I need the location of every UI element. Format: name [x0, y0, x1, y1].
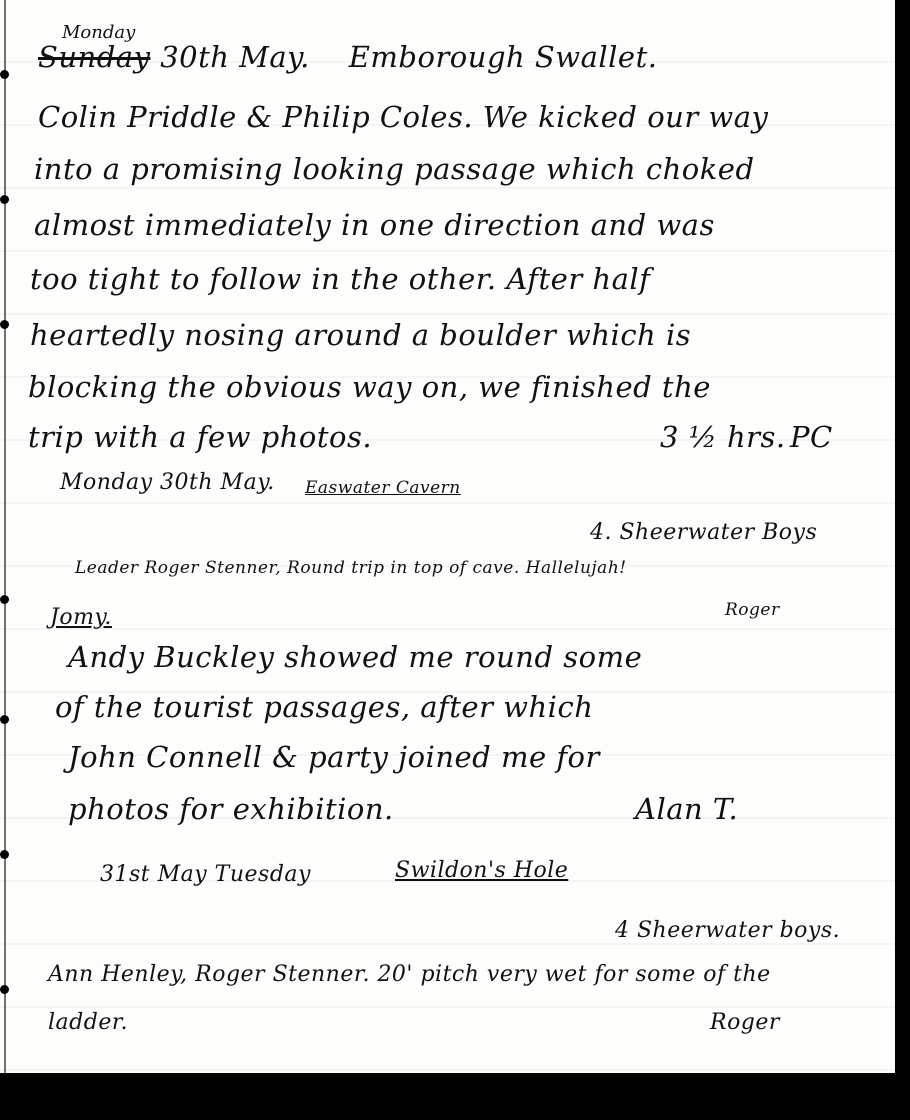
punch-mark: [0, 850, 9, 859]
scan-border-right: [895, 0, 910, 1120]
party: 4 Sheerwater boys.: [615, 918, 840, 943]
left-margin-line: [4, 0, 6, 1073]
punch-mark: [0, 320, 9, 329]
signature: Roger: [725, 600, 780, 620]
scan-border-bottom: [0, 1073, 910, 1120]
cave-name: Swildon's Hole: [395, 858, 568, 883]
entry-text-line: almost immediately in one direction and …: [34, 208, 715, 242]
punch-mark: [0, 985, 9, 994]
entry-text-line: into a promising looking passage which c…: [34, 152, 755, 186]
logbook-page: Monday Sunday 30th May. Emborough Swalle…: [0, 0, 895, 1073]
entry-text-line: Colin Priddle & Philip Coles. We kicked …: [38, 100, 768, 134]
entry-text-line: photos for exhibition.: [68, 792, 394, 826]
entry-text-line: too tight to follow in the other. After …: [30, 262, 650, 296]
entry-text-line: of the tourist passages, after which: [55, 690, 593, 724]
entry-text-line: Jomy.: [50, 605, 112, 630]
cave-name: Emborough Swallet.: [349, 40, 658, 74]
party: 4. Sheerwater Boys: [590, 520, 817, 545]
entry-date: 31st May Tuesday: [100, 862, 311, 887]
entry-text-line: Andy Buckley showed me round some: [68, 640, 642, 674]
punch-mark: [0, 195, 9, 204]
cave-name: Easwater Cavern: [305, 478, 461, 498]
entry-date: 30th May.: [160, 40, 310, 74]
entry-text-line: Ann Henley, Roger Stenner. 20' pitch ver…: [48, 962, 771, 987]
punch-mark: [0, 715, 9, 724]
signature: Alan T.: [635, 792, 738, 826]
entry-text-line: blocking the obvious way on, we finished…: [28, 370, 711, 404]
punch-mark: [0, 595, 9, 604]
signature: Roger: [710, 1010, 780, 1035]
entry-date: Monday 30th May.: [60, 470, 275, 495]
entry-text-line: heartedly nosing around a boulder which …: [30, 318, 691, 352]
entry-heading: Sunday 30th May. Emborough Swallet.: [38, 40, 657, 74]
signature: PC: [790, 420, 833, 454]
punch-mark: [0, 70, 9, 79]
struck-day: Sunday: [38, 40, 150, 74]
entry-text-line: Leader Roger Stenner, Round trip in top …: [75, 558, 627, 578]
entry-text-line: John Connell & party joined me for: [68, 740, 600, 774]
entry-text-line: ladder.: [48, 1010, 128, 1035]
entry-text-line: trip with a few photos.: [28, 420, 372, 454]
trip-duration: 3 ½ hrs.: [660, 420, 786, 454]
